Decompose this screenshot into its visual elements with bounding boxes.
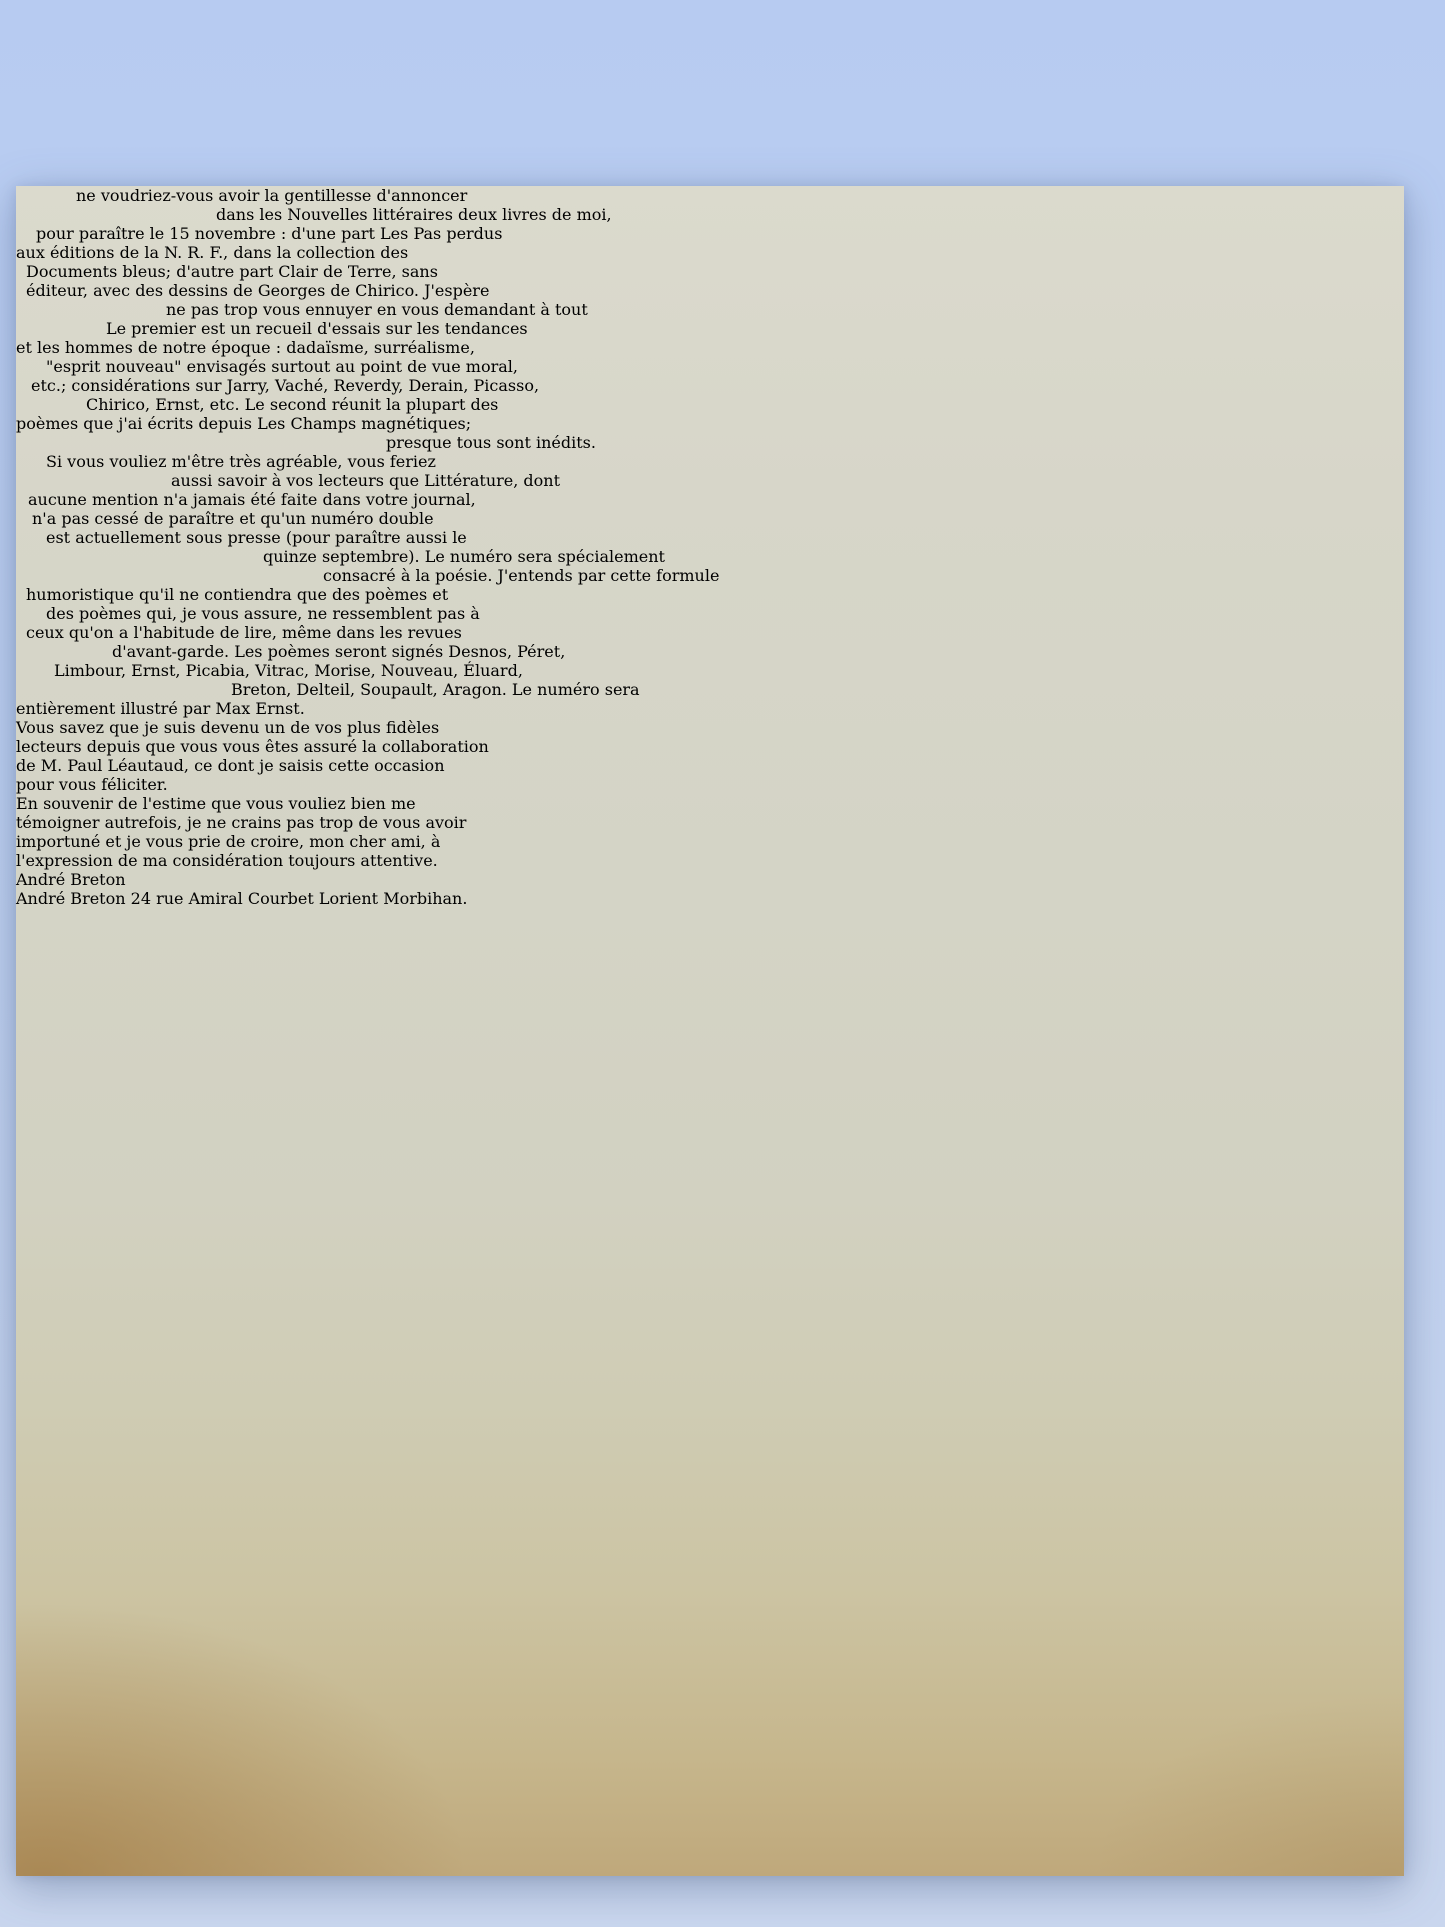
letter-line: témoigner autrefois, je ne crains pas tr… bbox=[16, 813, 1404, 832]
bleedthrough-line: ceux qu'on a l'habitude de lire, même da… bbox=[16, 623, 1404, 642]
bleedthrough-line: pour paraître le 15 novembre : d'une par… bbox=[16, 224, 1404, 243]
bleedthrough-line: "esprit nouveau" envisagés surtout au po… bbox=[16, 357, 1404, 376]
bleedthrough-line: n'a pas cessé de paraître et qu'un numér… bbox=[16, 509, 1404, 528]
bleedthrough-line: éditeur, avec des dessins de Georges de … bbox=[16, 281, 1404, 300]
bleedthrough-text-lower: Le premier est un recueil d'essais sur l… bbox=[16, 319, 1404, 699]
paper-sheet-shadow: ne voudriez-vous avoir la gentillesse d'… bbox=[16, 186, 1404, 1876]
letter-line: lecteurs depuis que vous vous êtes assur… bbox=[16, 737, 1404, 756]
bleedthrough-line: ne voudriez-vous avoir la gentillesse d'… bbox=[16, 186, 1404, 205]
bleedthrough-line: et les hommes de notre époque : dadaïsme… bbox=[16, 338, 1404, 357]
letter-paper-sheet: ne voudriez-vous avoir la gentillesse d'… bbox=[16, 186, 1404, 1876]
bleedthrough-line: consacré à la poésie. J'entends par cett… bbox=[16, 566, 1404, 585]
bleedthrough-line: aux éditions de la N. R. F., dans la col… bbox=[16, 243, 1404, 262]
letter-line: importuné et je vous prie de croire, mon… bbox=[16, 832, 1404, 851]
bleedthrough-line: est actuellement sous presse (pour paraî… bbox=[16, 528, 1404, 547]
underlined-title: Les Pas perdus bbox=[380, 224, 502, 243]
bleedthrough-line: aucune mention n'a jamais été faite dans… bbox=[16, 490, 1404, 509]
bleedthrough-line: Chirico, Ernst, etc. Le second réunit la… bbox=[16, 395, 1404, 414]
bleedthrough-line: etc.; considérations sur Jarry, Vaché, R… bbox=[16, 376, 1404, 395]
bleedthrough-line: aussi savoir à vos lecteurs que Littérat… bbox=[16, 471, 1404, 490]
letter-photo: ne voudriez-vous avoir la gentillesse d'… bbox=[0, 0, 1445, 1927]
letter-line: En souvenir de l'estime que vous vouliez… bbox=[16, 794, 1404, 813]
letter-line: pour vous féliciter. bbox=[16, 775, 1404, 794]
signature-andre-breton: André Breton bbox=[16, 870, 1404, 889]
bleedthrough-line: humoristique qu'il ne contiendra que des… bbox=[16, 585, 1404, 604]
bleedthrough-line: Breton, Delteil, Soupault, Aragon. Le nu… bbox=[16, 680, 1404, 699]
bleedthrough-line: Documents bleus; d'autre part Clair de T… bbox=[16, 262, 1404, 281]
bleedthrough-line: Limbour, Ernst, Picabia, Vitrac, Morise,… bbox=[16, 661, 1404, 680]
underlined-title: Clair de Terre bbox=[278, 262, 391, 281]
bleedthrough-line: d'avant-garde. Les poèmes seront signés … bbox=[16, 642, 1404, 661]
bleedthrough-line: ne pas trop vous ennuyer en vous demanda… bbox=[16, 300, 1404, 319]
letter-line: de M. Paul Léautaud, ce dont je saisis c… bbox=[16, 756, 1404, 775]
bleedthrough-line: Le premier est un recueil d'essais sur l… bbox=[16, 319, 1404, 338]
letter-body-text: entièrement illustré par Max Ernst.Vous … bbox=[16, 699, 1404, 870]
letter-line: Vous savez que je suis devenu un de vos … bbox=[16, 718, 1404, 737]
letter-line: l'expression de ma considération toujour… bbox=[16, 851, 1404, 870]
letter-line: entièrement illustré par Max Ernst. bbox=[16, 699, 1404, 718]
bleedthrough-line: Si vous vouliez m'être très agréable, vo… bbox=[16, 452, 1404, 471]
bleedthrough-line: des poèmes qui, je vous assure, ne resse… bbox=[16, 604, 1404, 623]
bleedthrough-text-upper: ne voudriez-vous avoir la gentillesse d'… bbox=[16, 186, 1404, 319]
underlined-title: Littérature bbox=[424, 471, 513, 490]
bleedthrough-line: presque tous sont inédits. bbox=[16, 433, 1404, 452]
bleedthrough-line: poèmes que j'ai écrits depuis Les Champs… bbox=[16, 414, 1404, 433]
bleedthrough-line: quinze septembre). Le numéro sera spécia… bbox=[16, 547, 1404, 566]
underlined-title: Les Champs magnétiques bbox=[257, 414, 466, 433]
bleedthrough-line: dans les Nouvelles littéraires deux livr… bbox=[16, 205, 1404, 224]
address-line: André Breton 24 rue Amiral Courbet Lorie… bbox=[16, 889, 1404, 908]
